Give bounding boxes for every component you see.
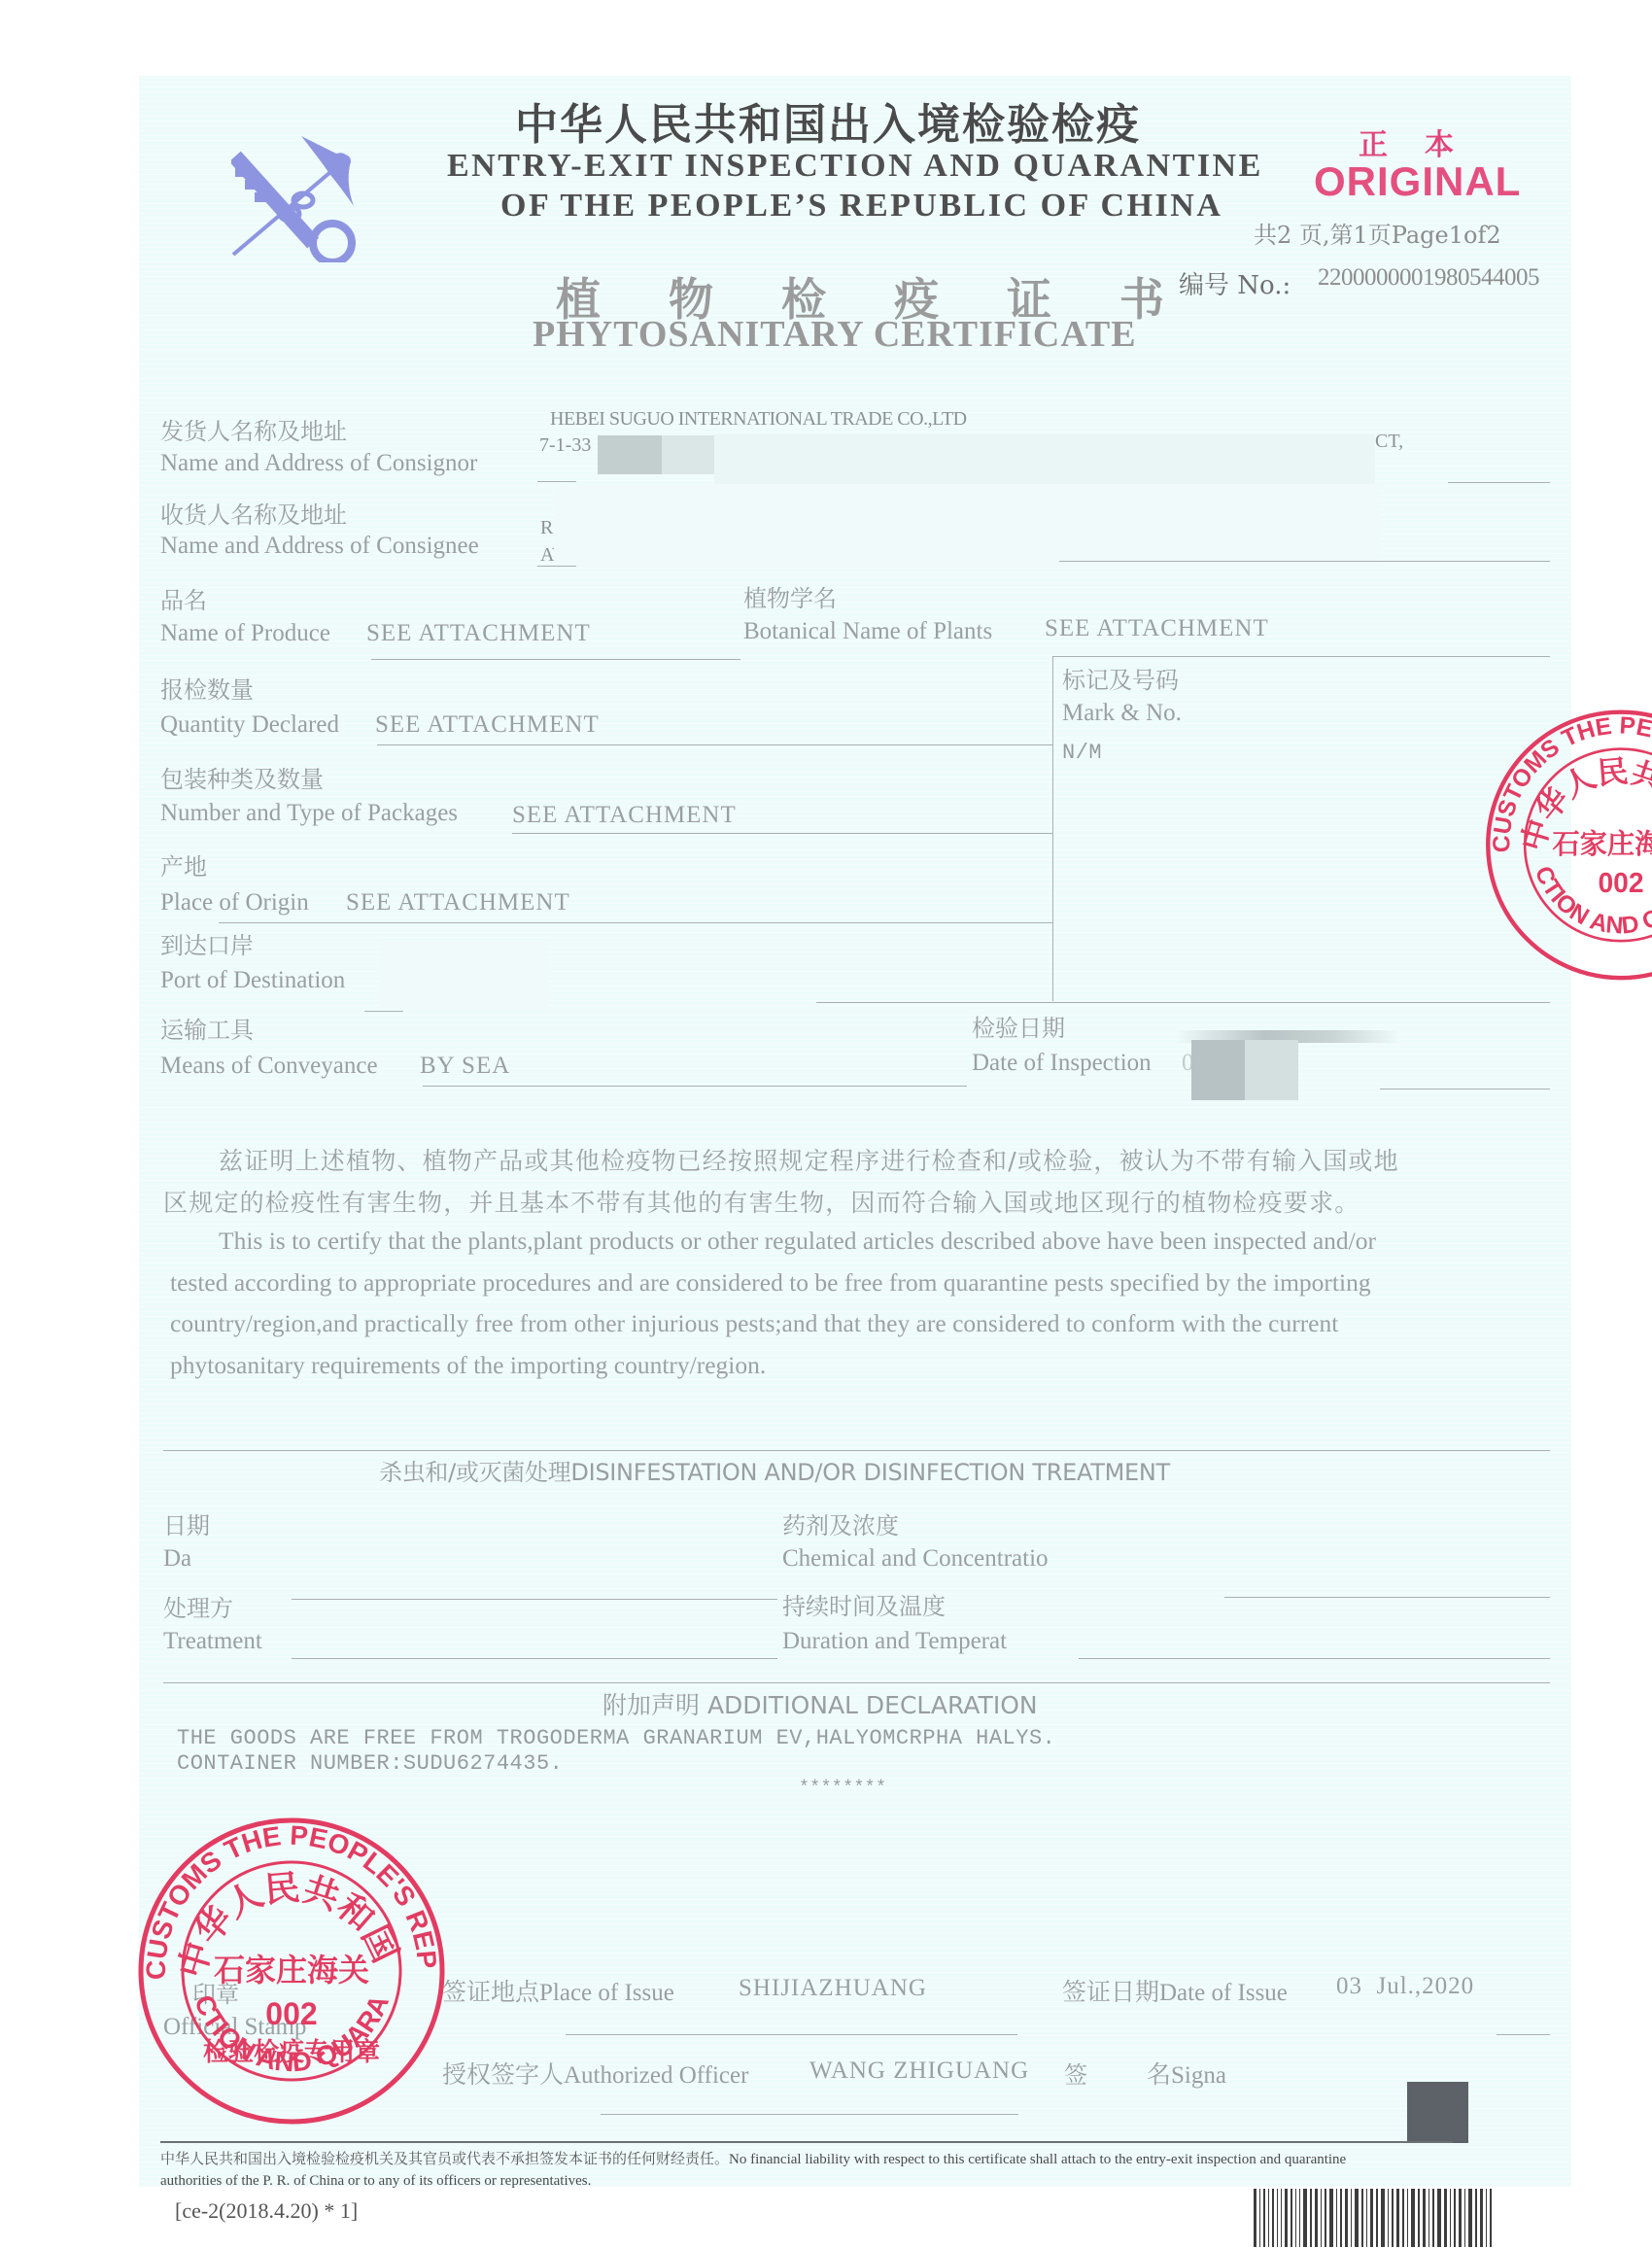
treatment-method-label-cn: 处理方 (163, 1589, 233, 1623)
end-of-declaration-mark: ******** (799, 1779, 886, 1798)
packages-label: Number and Type of Packages (160, 800, 458, 827)
treatment-method-label: Treatment (163, 1628, 262, 1655)
additional-declaration-heading: 附加声明 ADDITIONAL DECLARATION (602, 1686, 1038, 1721)
inspection-date-label: Date of Inspection (972, 1050, 1152, 1077)
agency-title-en-line2: OF THE PEOPLE’S REPUBLIC OF CHINA (500, 188, 1222, 225)
customs-emblem-icon (231, 136, 367, 262)
treatment-heading: 杀虫和/或灭菌处理DISINFESTATION AND/OR DISINFECT… (379, 1453, 1170, 1487)
certification-text-en-line1: This is to certify that the plants,plant… (219, 1227, 1376, 1256)
duration-label: Duration and Temperat (782, 1628, 1007, 1655)
chemical-label: Chemical and Concentratio (782, 1545, 1049, 1573)
svg-text:002: 002 (265, 1996, 317, 2031)
packages-value: SEE ATTACHMENT (512, 802, 737, 829)
customs-seal-stamp: SHIJIAZHUANG CUSTOMS THE PEOPLE'S REPUBL… (126, 1806, 457, 2127)
chemical-label-cn: 药剂及浓度 (782, 1506, 899, 1540)
consignee-label: Name and Address of Consignee (160, 533, 479, 560)
produce-label: Name of Produce (160, 620, 330, 647)
disclaimer-cn-text: 中华人民共和国出入境检验检疫机关及其官员或代表不承担签发本证书的任何财经责任。 (160, 2150, 729, 2167)
marks-value: N/M (1062, 741, 1102, 765)
botanical-value: SEE ATTACHMENT (1045, 615, 1269, 642)
consignor-name: HEBEI SUGUO INTERNATIONAL TRADE CO.,LTD (550, 408, 967, 431)
date-of-issue-label: 签证日期Date of Issue (1062, 1973, 1288, 2008)
original-label-cn: 正本 (1359, 121, 1491, 163)
document-title: PHYTOSANITARY CERTIFICATE (533, 313, 1137, 356)
redaction-block (379, 941, 549, 1009)
consignor-label-cn: 发货人名称及地址 (160, 412, 347, 446)
consignee-label-cn: 收货人名称及地址 (160, 496, 347, 530)
destination-label-cn: 到达口岸 (160, 926, 254, 960)
quantity-label: Quantity Declared (160, 711, 339, 739)
redaction-block (1191, 1040, 1245, 1100)
treatment-date-label: Da (163, 1545, 191, 1573)
form-code: [ce-2(2018.4.20) * 1] (175, 2198, 358, 2224)
signature-label: 名Signa (1147, 2056, 1226, 2091)
svg-text:002: 002 (1598, 867, 1643, 898)
origin-value: SEE ATTACHMENT (346, 889, 570, 916)
produce-label-cn: 品名 (160, 581, 207, 615)
origin-label-cn: 产地 (160, 847, 207, 882)
redaction-block (714, 434, 1375, 485)
additional-declaration-line2: CONTAINER NUMBER:SUDU6274435. (177, 1751, 563, 1776)
certification-text-cn-line2: 区规定的检疫性有害生物，并且基本不带有其他的有害生物，因而符合输入国或地区现行的… (163, 1184, 1359, 1219)
signature-redaction (1407, 2082, 1468, 2143)
consignee-line1-fragment: R (540, 517, 553, 539)
svg-text:石家庄海关: 石家庄海关 (1552, 828, 1652, 860)
svg-text:石家庄海关: 石家庄海关 (214, 1952, 369, 1989)
page-indicator: 共2 页,第1页Page1of2 (1254, 216, 1501, 250)
conveyance-label: Means of Conveyance (160, 1053, 378, 1080)
packages-label-cn: 包装种类及数量 (160, 760, 324, 794)
destination-label: Port of Destination (160, 967, 345, 994)
certification-text-cn-line1: 兹证明上述植物、植物产品或其他检疫物已经按照规定程序进行检查和/或检验，被认为不… (219, 1142, 1399, 1177)
additional-declaration-line1: THE GOODS ARE FREE FROM TROGODERMA GRANA… (177, 1726, 1055, 1750)
certification-text-en-line2: tested according to appropriate procedur… (170, 1268, 1371, 1297)
consignor-address-start: 7-1-33 (539, 434, 591, 457)
redaction-block (554, 484, 1380, 567)
marks-label-cn: 标记及号码 (1062, 661, 1179, 695)
marks-label: Mark & No. (1062, 700, 1182, 727)
authorized-officer-label: 授权签字人Authorized Officer (442, 2056, 748, 2091)
disclaimer-cn: 中华人民共和国出入境检验检疫机关及其官员或代表不承担签发本证书的任何财经责任。N… (160, 2148, 1346, 2168)
agency-title-cn: 中华人民共和国出入境检验检疫 (515, 89, 1141, 152)
consignor-address-end: CT, (1375, 431, 1403, 453)
barcode (1254, 2189, 1545, 2247)
redaction-block (598, 435, 714, 474)
certificate-number: 2200000001980544005 (1318, 264, 1539, 292)
conveyance-value: BY SEA (420, 1053, 510, 1080)
customs-seal-stamp-partial: SHIJIAZHUANG CUSTOMS THE PEOPLE'S REPUBL… (1475, 680, 1652, 1011)
duration-label-cn: 持续时间及温度 (782, 1587, 946, 1621)
consignor-label: Name and Address of Consignor (160, 450, 477, 477)
authorized-officer-value: WANG ZHIGUANG (809, 2058, 1029, 2085)
treatment-date-label-cn: 日期 (163, 1506, 210, 1540)
place-of-issue-value: SHIJIAZHUANG (739, 1975, 927, 2002)
original-label: ORIGINAL (1314, 158, 1521, 205)
botanical-label: Botanical Name of Plants (743, 618, 992, 645)
botanical-label-cn: 植物学名 (743, 579, 837, 613)
origin-label: Place of Origin (160, 889, 309, 916)
quantity-label-cn: 报检数量 (160, 671, 254, 705)
signature-label-cn: 签 (1064, 2056, 1087, 2090)
disclaimer-en-line2: authorities of the P. R. of China or to … (160, 2173, 591, 2190)
disclaimer-en-line1: No financial liability with respect to t… (729, 2152, 1346, 2167)
place-of-issue-label: 签证地点Place of Issue (442, 1973, 674, 2008)
certification-text-en-line4: phytosanitary requirements of the import… (170, 1351, 766, 1380)
agency-title-en-line1: ENTRY-EXIT INSPECTION AND QUARANTINE (447, 148, 1263, 185)
quantity-value: SEE ATTACHMENT (375, 711, 600, 739)
date-of-issue-value: 03 Jul.,2020 (1336, 1973, 1474, 2000)
inspection-date-label-cn: 检验日期 (972, 1009, 1065, 1043)
certification-text-en-line3: country/region,and practically free from… (170, 1309, 1338, 1338)
svg-text:检验检疫专用章: 检验检疫专用章 (203, 2037, 380, 2067)
redaction-block (1245, 1040, 1298, 1100)
produce-value: SEE ATTACHMENT (366, 620, 591, 647)
conveyance-label-cn: 运输工具 (160, 1011, 254, 1045)
